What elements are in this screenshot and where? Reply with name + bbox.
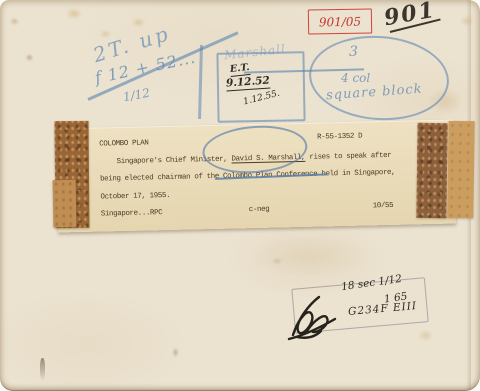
caption-reference-number: R-55-1352 D: [317, 133, 362, 142]
layout-note-denominator: 4 col: [341, 71, 370, 85]
caption-footer-credit: Singapore...RPC: [101, 209, 163, 218]
tape-strip-right-dark: [416, 123, 447, 218]
typed-caption-strip: COLOMBO PLAN R-55-1352 D Singapore's Chi…: [56, 119, 456, 232]
tape-strip-right-light: [447, 121, 474, 218]
fraction-note: 1/12: [122, 86, 151, 104]
initials-note: E.T.: [229, 62, 250, 76]
caption-footer-issue: 10/55: [373, 202, 394, 210]
caption-line1-post: rises to speak after: [305, 152, 391, 162]
red-reference-number: 901/05: [319, 14, 361, 29]
envelope-back: 2T. up f 12 + 52... 1/12 Marshall E.T. 9…: [0, 0, 480, 391]
ink-fleck: [173, 348, 178, 357]
ink-fleck: [40, 358, 45, 380]
caption-date-line: October 17, 1955.: [100, 192, 170, 202]
stain-mark: [66, 8, 82, 19]
layout-note-numerator: 3: [349, 44, 358, 60]
stain-mark: [132, 18, 145, 27]
caption-footer-negative: c-neg: [249, 206, 270, 214]
stain-mark: [26, 54, 33, 61]
layout-ellipse: [306, 31, 452, 125]
red-reference-stamp-box: 901/05: [308, 8, 372, 34]
stain-mark: [10, 18, 19, 25]
stain-mark: [100, 30, 111, 38]
pencil-bracket-line: [198, 45, 202, 119]
caption-line2-post: held in Singapore,: [317, 169, 395, 179]
photo-verso-scan: 2T. up f 12 + 52... 1/12 Marshall E.T. 9…: [0, 0, 480, 391]
stain-mark: [418, 330, 433, 341]
stain-mark: [250, 236, 370, 276]
name-circle-annotation: [201, 122, 309, 177]
signature-scribble: [285, 291, 349, 343]
caption-agency: COLOMBO PLAN: [99, 139, 148, 148]
tape-strip-left-light: [53, 180, 77, 227]
caption-line2-pre: being elected chairman of the: [100, 173, 223, 184]
